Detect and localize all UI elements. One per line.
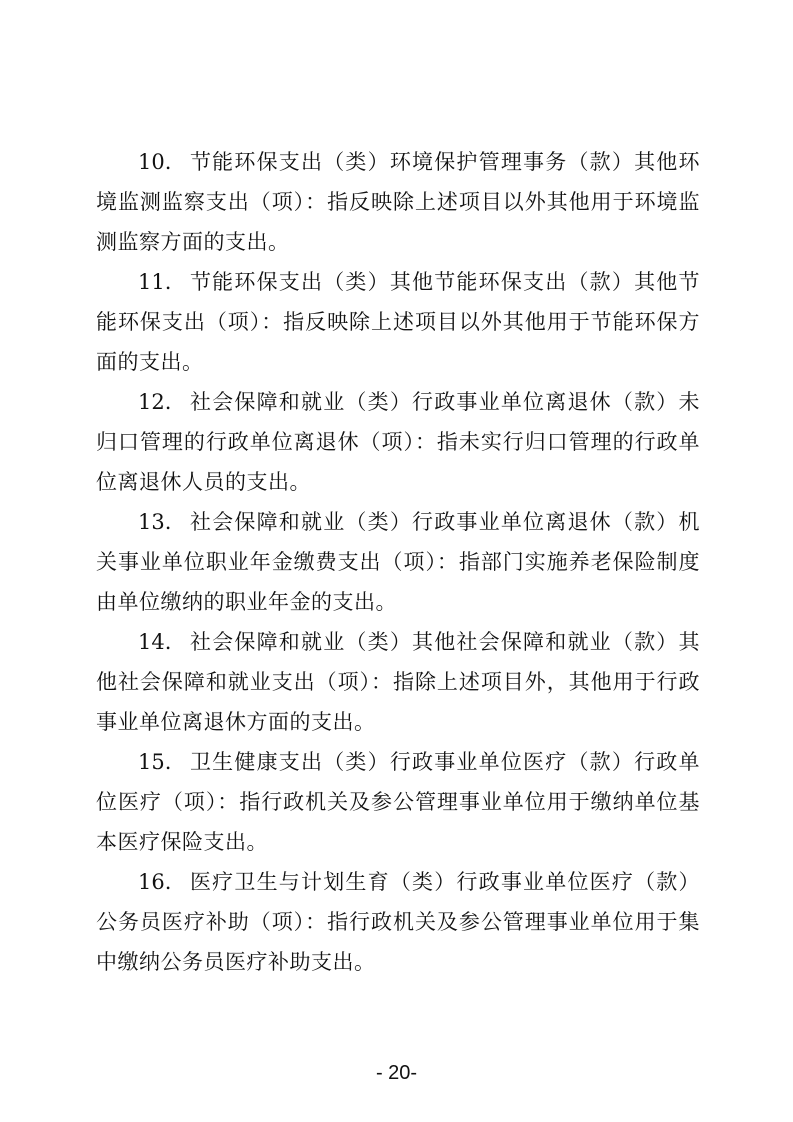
paragraph-16: 16.医疗卫生与计划生育（类）行政事业单位医疗（款）公务员医疗补助（项）：指行政… bbox=[96, 862, 700, 982]
paragraph-14: 14.社会保障和就业（类）其他社会保障和就业（款）其他社会保障和就业支出（项）：… bbox=[96, 622, 700, 742]
paragraph-12: 12.社会保障和就业（类）行政事业单位离退休（款）未归口管理的行政单位离退休（项… bbox=[96, 382, 700, 502]
paragraph-11-number: 11. bbox=[138, 270, 171, 294]
paragraph-10-number: 10. bbox=[138, 150, 171, 174]
paragraph-11: 11.节能环保支出（类）其他节能环保支出（款）其他节能环保支出（项）：指反映除上… bbox=[96, 262, 700, 382]
paragraph-10: 10.节能环保支出（类）环境保护管理事务（款）其他环境监测监察支出（项）：指反映… bbox=[96, 142, 700, 262]
paragraph-12-text: 社会保障和就业（类）行政事业单位离退休（款）未归口管理的行政单位离退休（项）：指… bbox=[96, 390, 700, 494]
paragraph-16-number: 16. bbox=[138, 870, 171, 894]
paragraph-15: 15.卫生健康支出（类）行政事业单位医疗（款）行政单位医疗（项）：指行政机关及参… bbox=[96, 742, 700, 862]
paragraph-13-number: 13. bbox=[138, 510, 171, 534]
paragraph-11-text: 节能环保支出（类）其他节能环保支出（款）其他节能环保支出（项）：指反映除上述项目… bbox=[96, 270, 700, 374]
paragraph-15-text: 卫生健康支出（类）行政事业单位医疗（款）行政单位医疗（项）：指行政机关及参公管理… bbox=[96, 750, 700, 854]
paragraph-14-number: 14. bbox=[138, 630, 171, 654]
paragraph-14-text: 社会保障和就业（类）其他社会保障和就业（款）其他社会保障和就业支出（项）：指除上… bbox=[96, 630, 700, 734]
paragraph-16-text: 医疗卫生与计划生育（类）行政事业单位医疗（款）公务员医疗补助（项）：指行政机关及… bbox=[96, 870, 700, 974]
paragraph-13: 13.社会保障和就业（类）行政事业单位离退休（款）机关事业单位职业年金缴费支出（… bbox=[96, 502, 700, 622]
document-page: 10.节能环保支出（类）环境保护管理事务（款）其他环境监测监察支出（项）：指反映… bbox=[0, 0, 793, 1122]
text-block: 10.节能环保支出（类）环境保护管理事务（款）其他环境监测监察支出（项）：指反映… bbox=[96, 142, 700, 982]
paragraph-10-text: 节能环保支出（类）环境保护管理事务（款）其他环境监测监察支出（项）：指反映除上述… bbox=[96, 150, 700, 254]
paragraph-15-number: 15. bbox=[138, 750, 171, 774]
paragraph-13-text: 社会保障和就业（类）行政事业单位离退休（款）机关事业单位职业年金缴费支出（项）：… bbox=[96, 510, 700, 614]
page-number: - 20- bbox=[0, 1062, 793, 1085]
paragraph-12-number: 12. bbox=[138, 390, 171, 414]
